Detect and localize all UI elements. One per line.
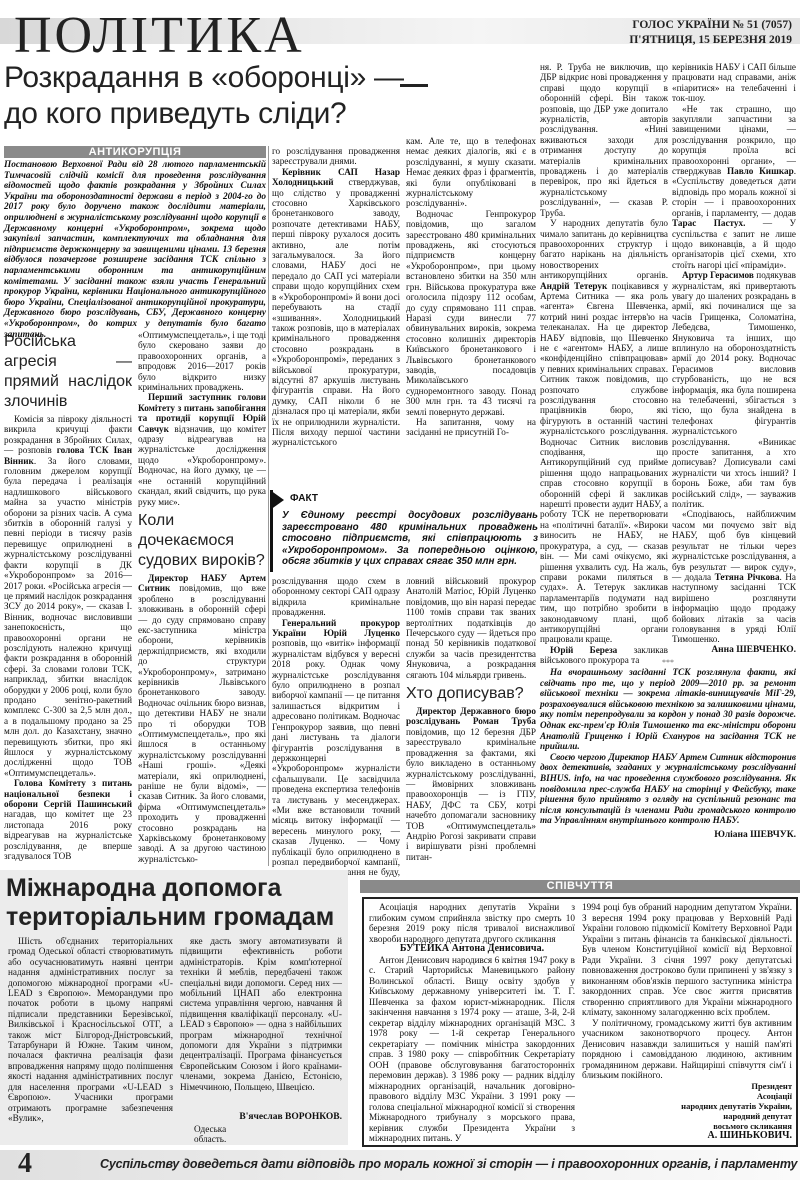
column-1: Російська агресія — прямий наслідок злоч… [4, 328, 132, 861]
column-5: ня. Р. Труба не виключив, що ДБР відкриє… [540, 62, 668, 666]
signature-line: Асоціації [582, 1091, 792, 1101]
fact-text: У Єдиному реєстрі досудових розслідувань… [282, 510, 538, 568]
secondary-headline: Міжнародна допомога територіальним грома… [6, 874, 346, 932]
paragraph: ня. Р. Труба не виключив, що ДБР відкриє… [540, 62, 668, 218]
play-triangle-icon [270, 490, 284, 510]
paragraph: 1994 році був обраний народним депутатом… [582, 902, 792, 1018]
subhead-court-verdicts: Коли дочекаємося судових вироків? [138, 511, 266, 571]
paragraph: Генеральний прокурор України Юрій Луценк… [272, 618, 400, 889]
condolence-col-1: Асоціація народних депутатів України з г… [369, 902, 575, 1144]
paragraph: Артур Герасимов подякував журналістам, я… [672, 270, 796, 509]
paragraph: На вчорашньому засіданні ТСК розглянула … [540, 667, 796, 752]
issue-info: ГОЛОС УКРАЇНИ № 51 (7057) П'ЯТНИЦЯ, 15 Б… [629, 18, 792, 48]
tsk-note: *** На вчорашньому засіданні ТСК розглян… [540, 658, 796, 840]
paragraph: «Сподіваюсь, найближчим часом ми почуємо… [672, 509, 796, 644]
secondary-location: Одеська область. [194, 1124, 244, 1145]
paragraph: розслідування щодо схем в оборонному сек… [272, 576, 400, 618]
fact-label: ФАКТ [290, 493, 318, 504]
headline-rule [400, 84, 428, 87]
paragraph: На запитання, чому на засіданні не прису… [406, 417, 536, 438]
column-4-bottom: ловний військовий прокурор Анатолій Маті… [406, 576, 536, 862]
secondary-col-1: Шість об'єднаних територіальних громад О… [8, 936, 173, 1123]
condolence-box: Асоціація народних депутатів України з г… [362, 897, 798, 1147]
column-3-top: го розслідування провадження зареєструва… [272, 146, 400, 448]
tsk-note-body: На вчорашньому засіданні ТСК розглянула … [540, 667, 796, 826]
newspaper-name: ГОЛОС УКРАЇНИ № 51 (7057) [629, 18, 792, 33]
paragraph: Керівник САП Назар Холодницький стверджу… [272, 167, 400, 448]
paragraph: Асоціація народних депутатів України з г… [369, 902, 575, 944]
page-number: 4 [18, 1148, 32, 1180]
article-lead: Постановою Верховної Ради від 28 лютого … [4, 160, 266, 340]
section-title: ПОЛІТИКА [14, 10, 305, 62]
paragraph: Водночас Генпрокурор повідомив, що загал… [406, 209, 536, 417]
column-3-bottom: розслідування щодо схем в оборонному сек… [272, 576, 400, 888]
column-2: «Оптимумспецдеталь», і ще тоді було скер… [138, 330, 266, 864]
paragraph: Директор НАБУ Артем Ситник повідомив, що… [138, 573, 266, 864]
fact-box: ФАКТ У Єдиному реєстрі досудових розслід… [270, 490, 540, 572]
paragraph: У народних депутатів було чимало запитан… [540, 218, 668, 645]
paragraph: го розслідування провадження зареєструва… [272, 146, 400, 167]
footer-quote: Суспільству доведеться дати відповідь пр… [100, 1157, 797, 1171]
signature-line: народних депутатів України, [582, 1101, 792, 1111]
deceased-name: БУТЕЙКА Антона Денисовича. [369, 944, 575, 955]
main-headline: Розкрадання в «оборонці» — до кого приве… [4, 60, 404, 132]
article-author: Анна ШЕВЧЕНКО. [672, 645, 796, 655]
paragraph: «Не так страшно, що закупляли запчастини… [672, 104, 796, 271]
secondary-author: В'ячеслав ВОРОНКОВ. [180, 1112, 342, 1122]
paragraph: керівників НАБУ і САП більше працювати н… [672, 62, 796, 104]
issue-date: П'ЯТНИЦЯ, 15 БЕРЕЗНЯ 2019 [629, 33, 792, 48]
rubric-condolence: СПІВЧУТТЯ [360, 880, 800, 893]
column-divider [268, 146, 269, 866]
signature-name: А. ШИНЬКОВИЧ. [582, 1131, 792, 1141]
paragraph: Директор Державного бюро розслідувань Ро… [406, 706, 536, 862]
paragraph: ловний військовий прокурор Анатолій Маті… [406, 576, 536, 680]
paragraph: Перший заступник голови Комітету з питан… [138, 392, 266, 506]
paragraph: Голова Комітету з питань національної бе… [4, 778, 132, 861]
column-4-top: кам. Але те, що в телефонах немає деяких… [406, 136, 536, 438]
paragraph: Антон Денисович народився 6 квітня 1947 … [369, 955, 575, 1144]
column-6: керівників НАБУ і САП більше працювати н… [672, 62, 796, 655]
paragraph: «Оптимумспецдеталь», і ще тоді було скер… [138, 330, 266, 392]
subhead-russian-aggression: Російська агресія — прямий наслідок злоч… [4, 332, 132, 412]
note-author: Юліана ШЕВЧУК. [540, 830, 796, 840]
signature-line: восьмого скликання [582, 1121, 792, 1131]
paragraph: Своєю чергою Директор НАБУ Артем Ситник … [540, 752, 796, 826]
subhead-who-added: Хто дописував? [406, 684, 536, 704]
signature-line: Президент [582, 1081, 792, 1091]
signature: Президент Асоціації народних депутатів У… [582, 1081, 792, 1141]
paragraph: Комісія за півроку діяльності викрила кр… [4, 414, 132, 778]
separator-stars: *** [540, 658, 796, 667]
rubric-anticorruption: АНТИКОРУПЦІЯ [4, 146, 266, 158]
paragraph: У політичному, громадському житті був ак… [582, 1018, 792, 1081]
paragraph: кам. Але те, що в телефонах немає деяких… [406, 136, 536, 209]
secondary-col-2: яке дасть змогу автоматизувати й підвищи… [180, 936, 342, 1092]
signature-line: народний депутат [582, 1111, 792, 1121]
condolence-col-2: 1994 році був обраний народним депутатом… [582, 902, 792, 1141]
